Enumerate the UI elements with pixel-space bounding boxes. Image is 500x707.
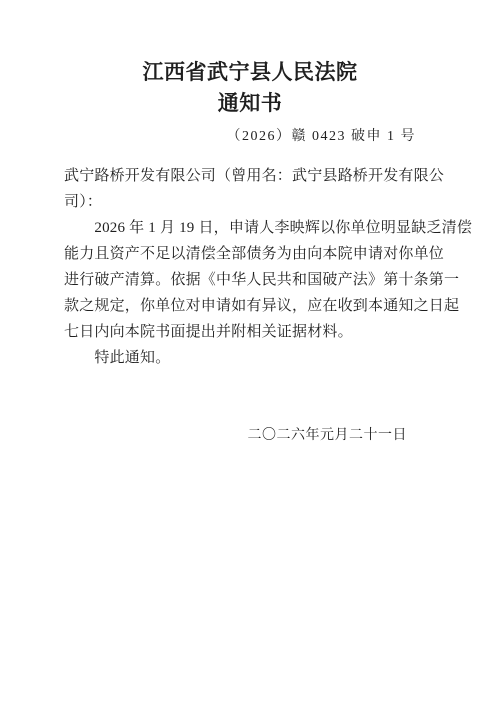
body-line: 司）： [64,189,436,215]
notice-body: 武宁路桥开发有限公司（曾用名：武宁县路桥开发有限公司）： 2026 年 1 月 … [64,163,436,371]
body-line: 款之规定，你单位对申请如有异议，应在收到本通知之日起 [64,293,436,319]
doc-type-title: 通知书 [0,88,500,119]
case-number: （2026）赣 0423 破申 1 号 [0,128,500,146]
document-page: 江西省武宁县人民法院 通知书 （2026）赣 0423 破申 1 号 武宁路桥开… [0,0,500,707]
body-line: 特此通知。 [64,345,436,371]
court-name-title: 江西省武宁县人民法院 [0,57,500,88]
body-line: 2026 年 1 月 19 日，申请人李映辉以你单位明显缺乏清偿 [64,215,436,241]
body-line: 七日内向本院书面提出并附相关证据材料。 [64,319,436,345]
body-line: 能力且资产不足以清偿全部债务为由向本院申请对你单位 [64,241,436,267]
body-line: 武宁路桥开发有限公司（曾用名：武宁县路桥开发有限公 [64,163,436,189]
notice-date: 二〇二六年元月二十一日 [0,423,500,449]
document-header: 江西省武宁县人民法院 通知书 （2026）赣 0423 破申 1 号 [0,0,500,146]
body-line: 进行破产清算。依据《中华人民共和国破产法》第十条第一 [64,267,436,293]
